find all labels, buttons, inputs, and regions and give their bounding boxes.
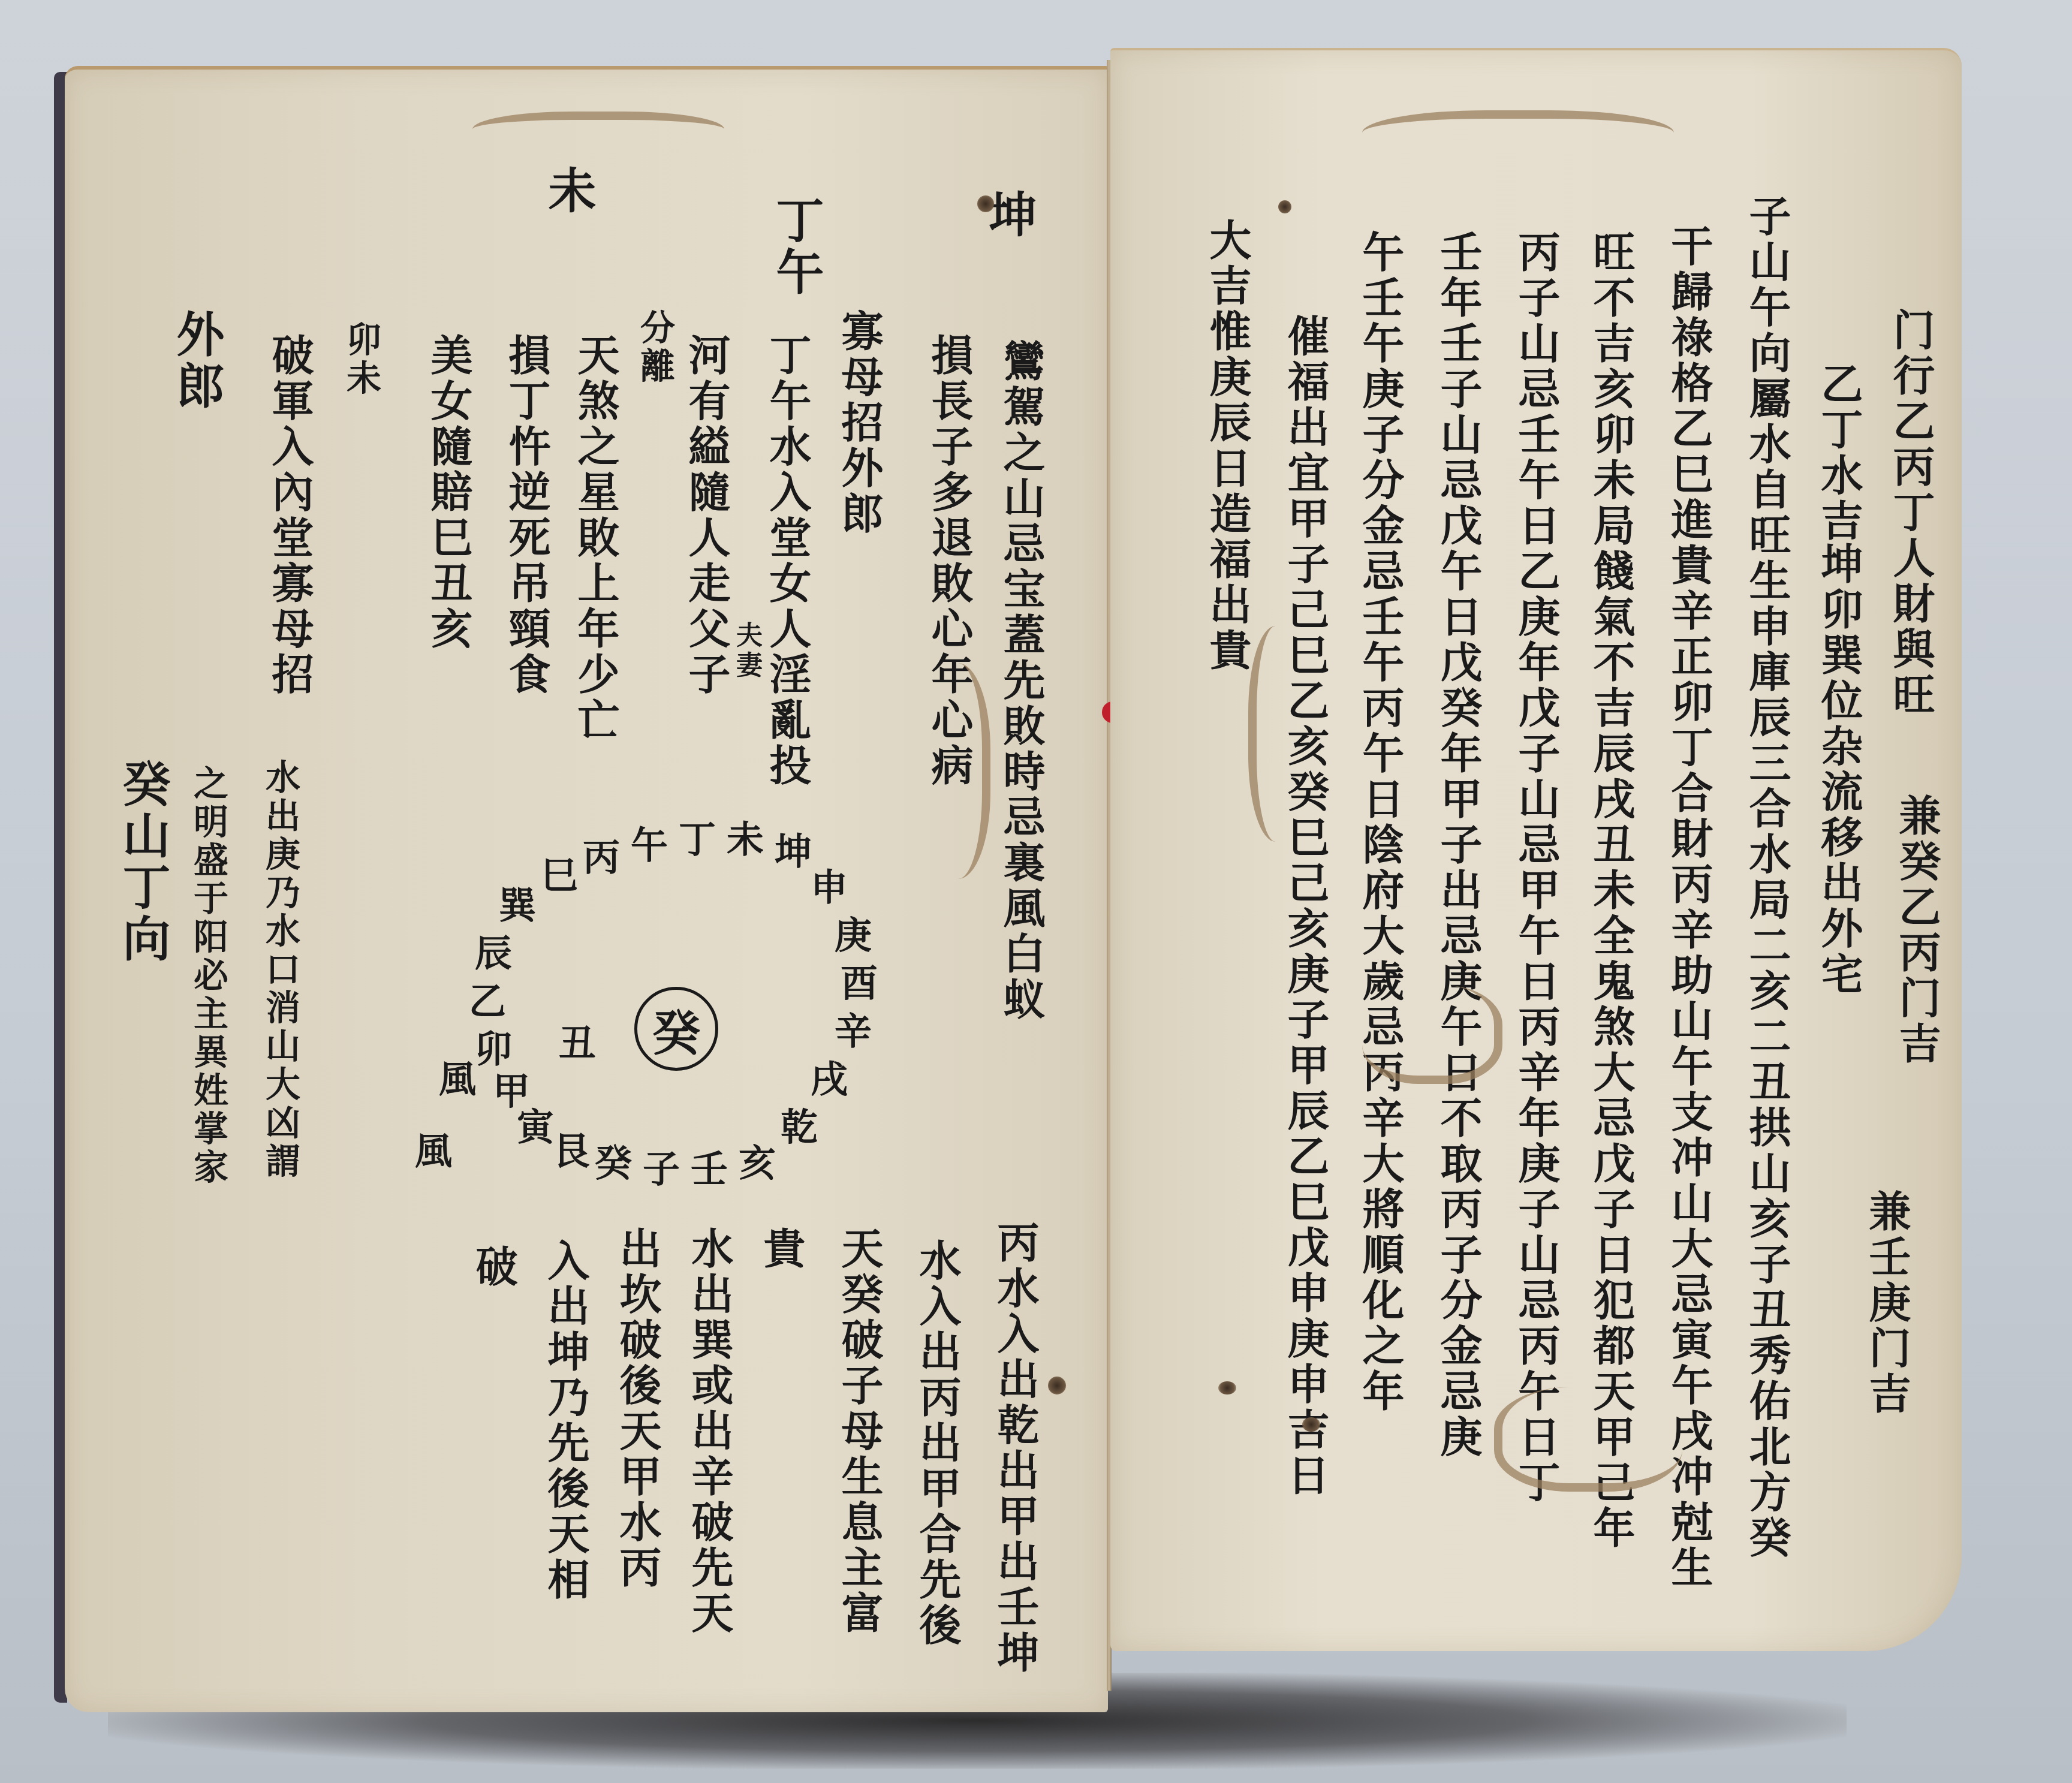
compass-char: 巳	[538, 855, 580, 897]
text-column: 河有縊隨人走父子	[685, 333, 727, 698]
wormhole	[1218, 1381, 1236, 1395]
text-column: 水出庚乃水口消山大凶謂	[263, 759, 297, 1181]
compass-char: 坤	[772, 831, 814, 873]
text-column: 午壬午庚子分金忌壬午丙午日陰府大歲忌丙辛大將順化之年	[1359, 230, 1401, 1415]
compass-char: 丁	[676, 819, 718, 861]
compass-char: 亥	[736, 1143, 778, 1185]
text-column: 外郎	[173, 309, 221, 412]
wormhole	[1278, 200, 1291, 213]
text-column: 门行乙丙丁人財與旺	[1890, 308, 1932, 718]
text-column: 天癸破子母生息主富	[838, 1227, 880, 1637]
compass-char: 未	[724, 819, 766, 861]
compass-char: 風	[436, 1059, 478, 1101]
text-column: 破軍入內堂寡母招	[269, 333, 311, 698]
wormhole	[1302, 1417, 1320, 1432]
compass-char: 辰	[472, 933, 514, 975]
text-column: 旺不吉亥卯未局餞氣不吉辰戌丑未全鬼煞大忌戊子日犯都天甲己年	[1590, 230, 1632, 1552]
text-column: 損丁忤逆死吊頸食	[505, 333, 547, 698]
compass-char: 戌	[808, 1059, 850, 1101]
compass-char: 酉	[838, 963, 880, 1005]
compass-char: 庚	[832, 915, 874, 957]
worm-damage-track	[910, 663, 990, 879]
text-column: 水出巽或出辛破先天	[688, 1227, 730, 1637]
text-column: 美女隨賠巳丑亥	[427, 333, 469, 652]
text-column: 分離	[637, 309, 672, 386]
text-column: 乙丁水吉	[1818, 362, 1860, 544]
text-column: 出坎破後天甲水丙	[616, 1227, 658, 1591]
text-column: 子山午向屬水自旺生申庫辰三合水局二亥二丑拱山亥子丑秀佑北方癸	[1746, 194, 1788, 1561]
wormhole	[1048, 1377, 1066, 1395]
worm-damage-track	[1248, 626, 1317, 842]
text-column: 干歸祿格乙巳進貴辛正卯丁合財丙辛助山午支冲山大忌寅午戌冲尅生	[1668, 224, 1710, 1591]
text-column: 坤卯巽位杂流移出外宅	[1818, 542, 1860, 998]
compass-char: 辛	[832, 1011, 874, 1053]
worm-damage-track	[1494, 1387, 1682, 1492]
compass-char: 乾	[778, 1107, 820, 1149]
compass-char: 乙	[466, 981, 508, 1023]
text-column: 壬年壬子山忌戊午日戊癸年甲子出忌庚午日不取丙子分金忌庚	[1437, 230, 1479, 1460]
compass-char: 午	[628, 825, 670, 867]
text-column: 丙水入出乾出甲出壬坤	[994, 1221, 1036, 1676]
text-column: 寡母招外郎	[838, 309, 880, 537]
text-column: 水入出丙出甲合先後	[916, 1239, 958, 1649]
worm-damage-track	[472, 112, 724, 156]
text-column: 入出坤乃先後天相	[544, 1239, 586, 1603]
compass-center-gui: 癸	[634, 987, 718, 1071]
text-column: 兼壬庚门吉	[1866, 1189, 1908, 1417]
text-column: 催福出宜甲子己巳乙亥癸巳己亥庚子甲辰乙巳戊申庚申吉日	[1284, 314, 1326, 1499]
left-page: 坤 丁午 未 鸞駕之山忌宝蓋先敗時忌裏風白蚁 損長子多退敗心年心病 寡母招外郎 …	[65, 66, 1108, 1712]
heading-ding-wu: 丁午	[772, 195, 820, 299]
compass-char: 風	[412, 1131, 454, 1173]
worm-damage-track	[1362, 110, 1674, 167]
compass-char: 癸	[592, 1143, 634, 1185]
compass-char: 卯	[472, 1029, 514, 1071]
text-column: 卯未	[344, 321, 378, 398]
heading-kun: 坤	[985, 189, 1033, 241]
compass-char: 丑	[556, 1023, 598, 1065]
worm-damage-track	[1362, 986, 1502, 1084]
text-column: 鸞駕之山忌宝蓋先敗時忌裏風白蚁	[1000, 339, 1042, 1023]
annotation: 夫妻	[733, 621, 760, 681]
right-page: 门行乙丙丁人財與旺 兼癸乙丙门吉 乙丁水吉 坤卯巽位杂流移出外宅 兼壬庚门吉 子…	[1110, 48, 1962, 1651]
compass-char: 艮	[550, 1131, 592, 1173]
wormhole	[977, 195, 994, 212]
heading-wei: 未	[544, 165, 592, 217]
compass-char: 申	[808, 867, 850, 909]
compass-char: 丙	[580, 837, 622, 879]
compass-char: 子	[640, 1149, 682, 1191]
text-column: 丁午水入堂女人淫亂投	[766, 333, 808, 789]
text-column: 之明盛于阳必主異姓掌家	[191, 765, 225, 1187]
luopan-compass-diagram: 癸 癸 子 壬 亥 乾 戌 辛 酉 庚 申 坤 未 丁 午 丙 巳 巽 辰 乙 …	[448, 807, 904, 1263]
heading-gui-shan-ding-xiang: 癸山丁向	[119, 759, 167, 965]
text-column: 大吉惟庚辰日造福出貴	[1206, 218, 1248, 674]
compass-char: 壬	[688, 1149, 730, 1191]
text-column: 天煞之星敗上年少亡	[574, 333, 616, 743]
text-column: 兼癸乙丙门吉	[1896, 794, 1938, 1067]
text-column: 丙子山忌壬午日乙庚年戊子山忌甲午日丙辛年庚子山忌丙午日丁	[1515, 230, 1557, 1506]
open-manuscript-book: 坤 丁午 未 鸞駕之山忌宝蓋先敗時忌裏風白蚁 損長子多退敗心年心病 寡母招外郎 …	[54, 42, 2002, 1709]
compass-char: 巽	[496, 885, 538, 927]
